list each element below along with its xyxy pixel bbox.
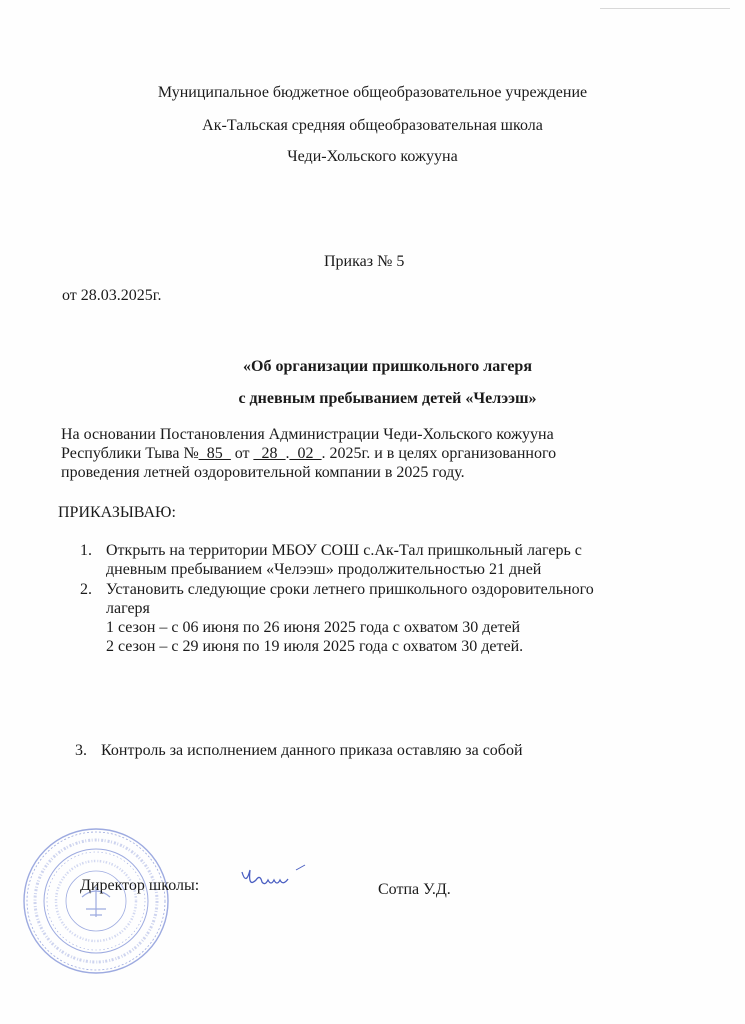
item-text: Контроль за исполнением данного приказа …: [101, 741, 661, 760]
header-district: Чеди-Хольского кожууна: [0, 148, 745, 166]
item-line: Контроль за исполнением данного приказа …: [101, 741, 661, 760]
item-number: 3.: [75, 741, 87, 760]
header-school: Ак-Тальская средняя общеобразовательная …: [0, 117, 745, 135]
scan-edge-mark: [600, 8, 730, 9]
list-item-3: 3. Контроль за исполнением данного прика…: [75, 741, 675, 761]
list-item-1: 1. Открыть на территории МБОУ СОШ с.Ак-Т…: [80, 541, 680, 581]
basis-line-3: проведения летней оздоровительной компан…: [61, 463, 661, 482]
basis-line-2: Республики Тыва №_85_ от _28_._02_. 2025…: [61, 444, 661, 463]
decree-month: _02_: [289, 445, 321, 462]
item-line: 2 сезон – с 29 июня по 19 июля 2025 года…: [106, 637, 666, 656]
official-stamp-icon: [20, 827, 172, 975]
item-line: Установить следующие сроки летнего пришк…: [106, 580, 666, 599]
decree-number: _85_: [199, 445, 231, 462]
order-word: ПРИКАЗЫВАЮ:: [58, 504, 176, 522]
item-line: 1 сезон – с 06 июня по 26 июня 2025 года…: [106, 618, 666, 637]
director-name: Сотпа У.Д.: [378, 881, 451, 899]
basis-paragraph: На основании Постановления Администрации…: [61, 425, 661, 482]
basis-text: Республики Тыва №: [61, 445, 199, 462]
decree-day: _28_: [253, 445, 285, 462]
basis-line-1: На основании Постановления Администрации…: [61, 425, 661, 444]
basis-text: от: [231, 445, 254, 462]
signature-icon: [238, 864, 310, 894]
document-page: Муниципальное бюджетное общеобразователь…: [0, 0, 745, 1024]
item-line: Открыть на территории МБОУ СОШ с.Ак-Тал …: [106, 541, 666, 560]
order-date: от 28.03.2025г.: [62, 287, 162, 305]
position-label: Директор школы:: [80, 877, 199, 895]
subject-line-2: с дневным пребыванием детей «Челээш»: [0, 390, 745, 408]
item-number: 1.: [80, 541, 92, 560]
item-line: дневным пребыванием «Челээш» продолжител…: [106, 560, 666, 579]
item-text: Установить следующие сроки летнего пришк…: [106, 580, 666, 656]
order-title: Приказ № 5: [324, 253, 404, 271]
item-number: 2.: [80, 580, 92, 599]
subject-line-1: «Об организации пришкольного лагеря: [0, 358, 745, 376]
header-institution: Муниципальное бюджетное общеобразователь…: [0, 84, 745, 102]
list-item-2: 2. Установить следующие сроки летнего пр…: [80, 580, 680, 660]
item-text: Открыть на территории МБОУ СОШ с.Ак-Тал …: [106, 541, 666, 579]
item-line: лагеря: [106, 599, 666, 618]
basis-text: . 2025г. и в целях организованного: [321, 445, 556, 462]
